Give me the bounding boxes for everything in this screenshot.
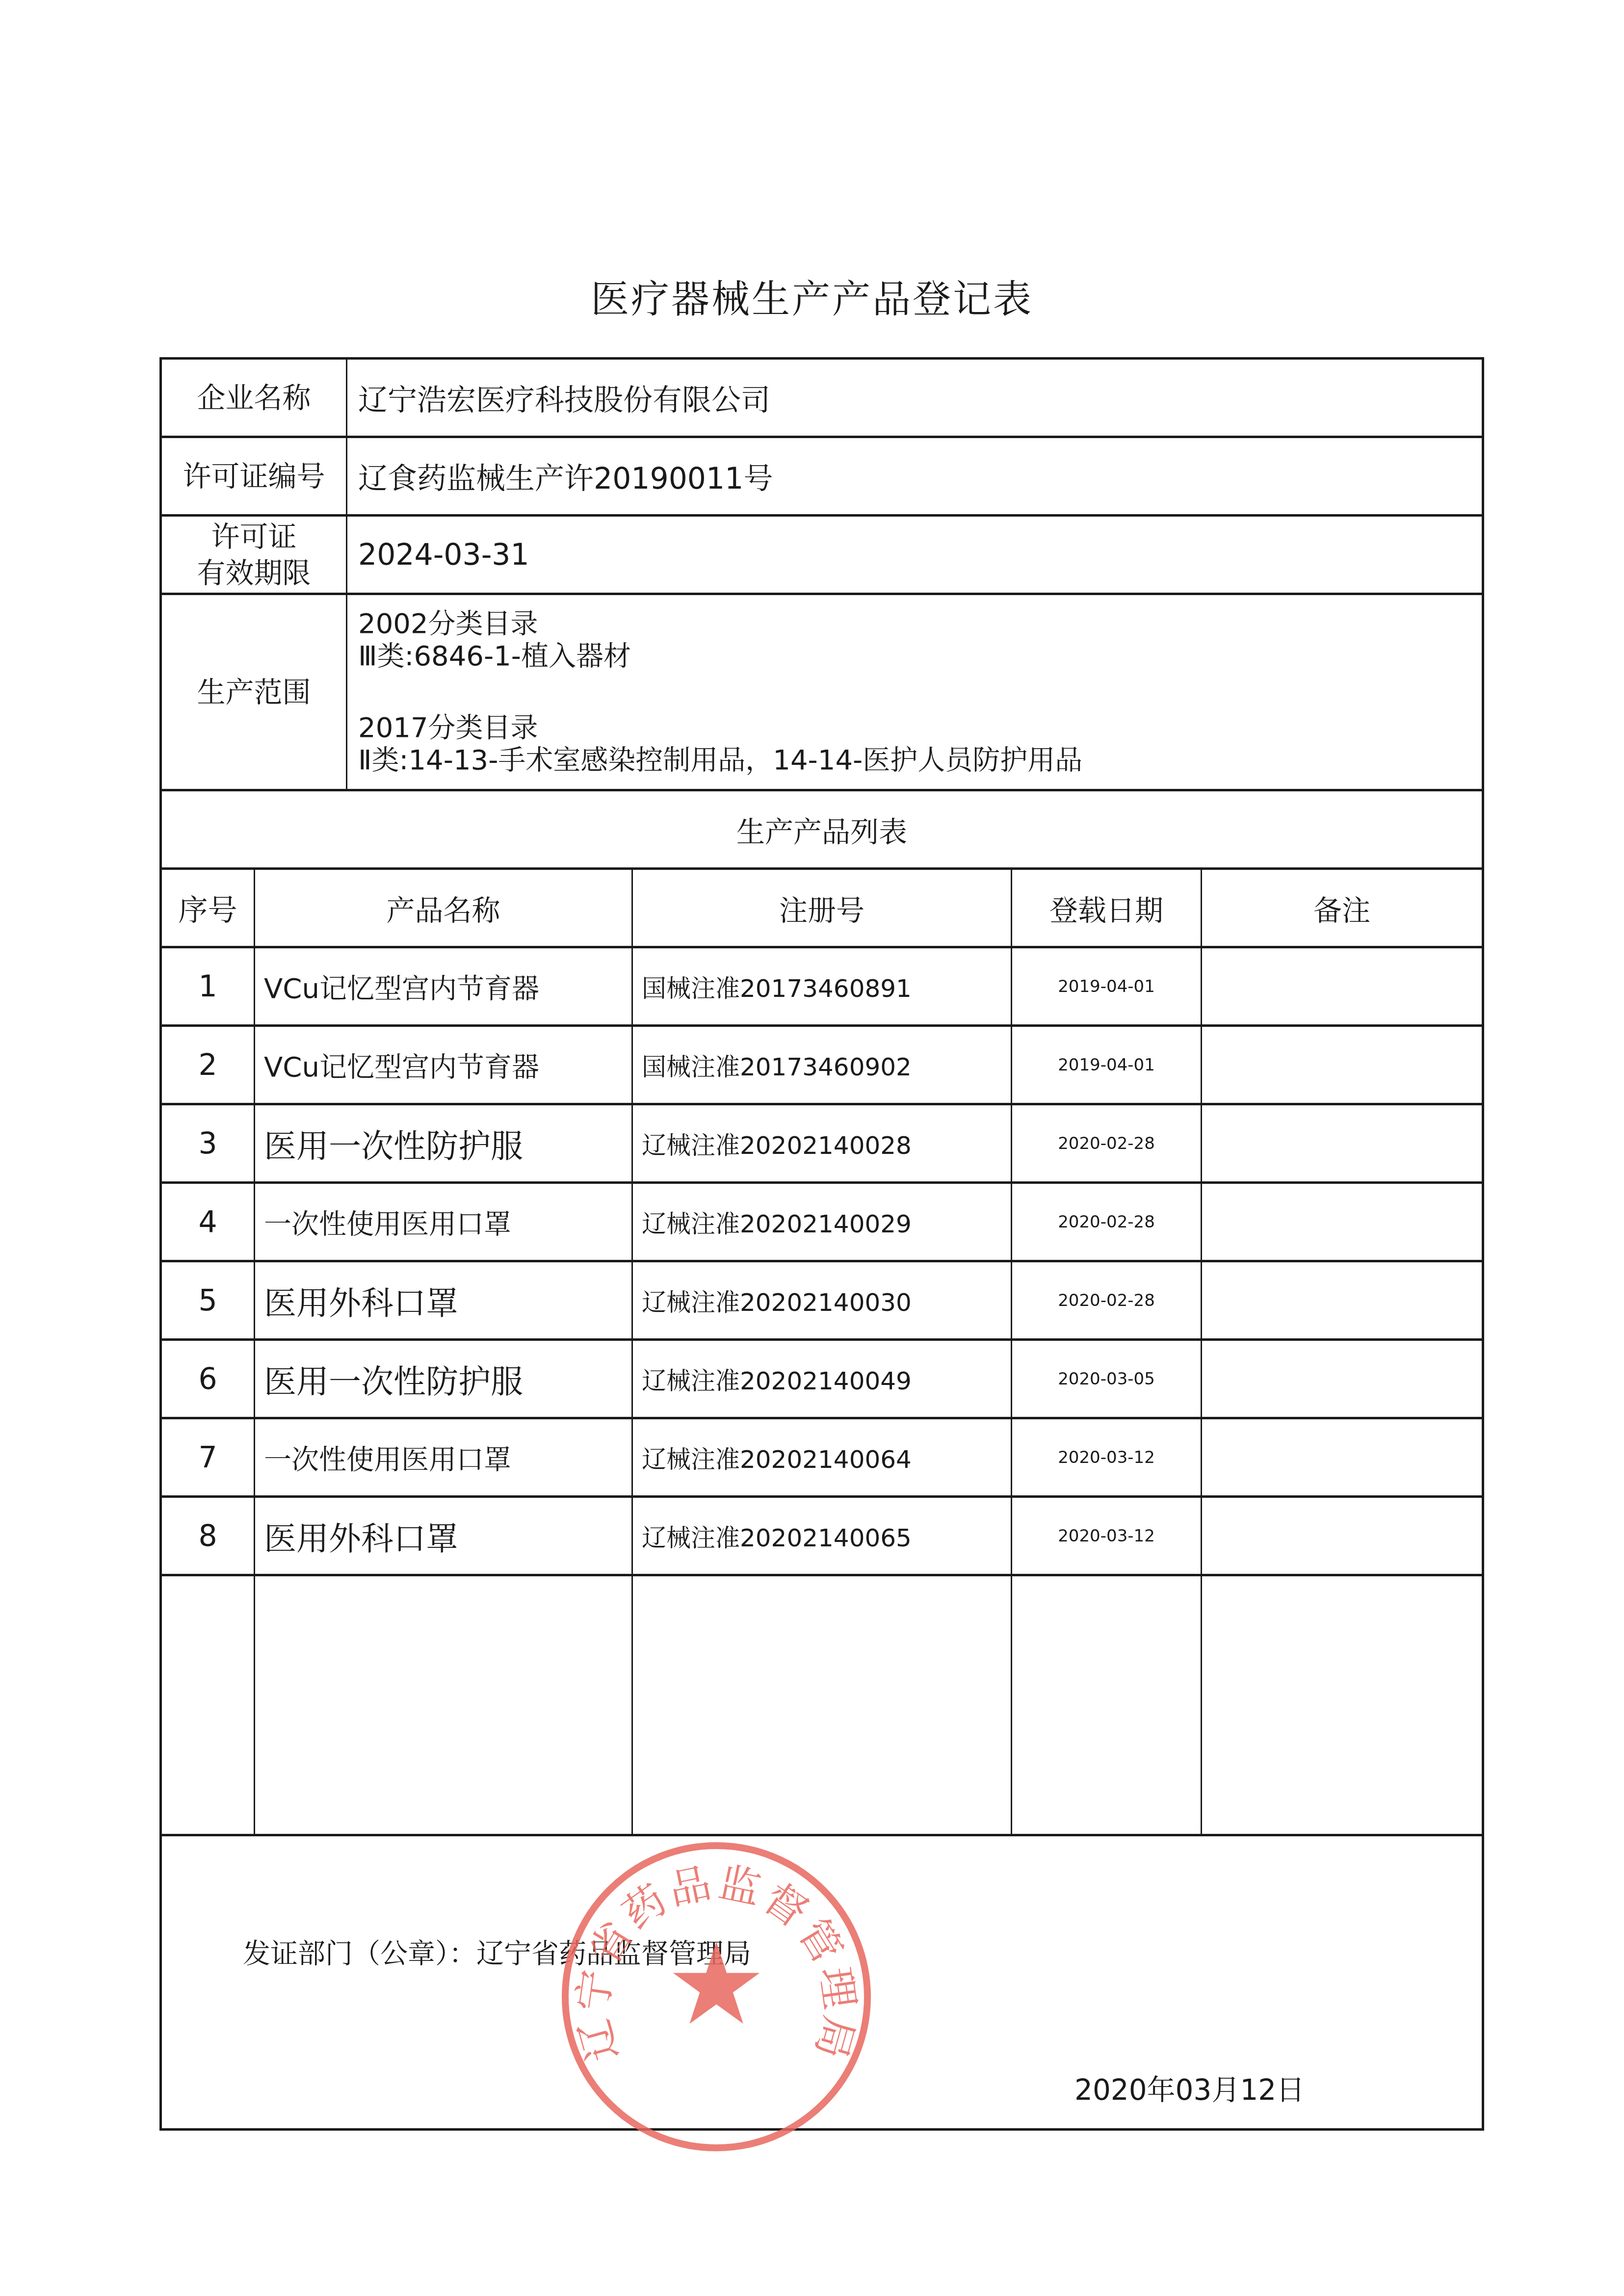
validity-row: 许可证 有效期限 2024-03-31 <box>162 517 1482 595</box>
table-row: 7 一次性使用医用口罩 辽械注准20202140064 2020-03-12 <box>162 1419 1482 1498</box>
row-remark <box>1202 1419 1482 1495</box>
catalog-2002-items: Ⅲ类:6846-1-植入器材 <box>358 640 631 673</box>
product-header-row: 序号 产品名称 注册号 登载日期 备注 <box>162 870 1482 948</box>
row-seq: 1 <box>162 948 255 1024</box>
empty-cell <box>162 1576 255 1834</box>
row-name: VCu记忆型宫内节育器 <box>255 948 633 1024</box>
header-name: 产品名称 <box>255 870 633 946</box>
row-remark <box>1202 1105 1482 1181</box>
row-date: 2019-04-01 <box>1012 1027 1202 1103</box>
table-row: 8 医用外科口罩 辽械注准20202140065 2020-03-12 <box>162 1498 1482 1576</box>
issuer-label: 发证部门（公章）： <box>243 1938 476 1970</box>
row-name: 医用一次性防护服 <box>255 1105 633 1181</box>
row-name: 一次性使用医用口罩 <box>255 1419 633 1495</box>
row-reg-no: 辽械注准20202140049 <box>633 1341 1012 1417</box>
row-reg-no: 辽械注准20202140028 <box>633 1105 1012 1181</box>
star-icon: ★ <box>666 1929 767 2041</box>
catalog-2002-title: 2002分类目录 <box>358 608 538 640</box>
official-seal: 辽宁省药品监督管理局 ★ <box>562 1842 871 2151</box>
table-row: 3 医用一次性防护服 辽械注准20202140028 2020-02-28 <box>162 1105 1482 1184</box>
row-remark <box>1202 1184 1482 1260</box>
row-seq: 8 <box>162 1498 255 1574</box>
row-seq: 2 <box>162 1027 255 1103</box>
table-row: 6 医用一次性防护服 辽械注准20202140049 2020-03-05 <box>162 1341 1482 1419</box>
table-row: 1 VCu记忆型宫内节育器 国械注准20173460891 2019-04-01 <box>162 948 1482 1027</box>
validity-label: 许可证 有效期限 <box>162 517 347 593</box>
validity-label-line1: 许可证 <box>211 519 296 555</box>
table-row: 4 一次性使用医用口罩 辽械注准20202140029 2020-02-28 <box>162 1184 1482 1262</box>
row-reg-no: 国械注准20173460902 <box>633 1027 1012 1103</box>
row-date: 2020-02-28 <box>1012 1105 1202 1181</box>
row-reg-no: 辽械注准20202140030 <box>633 1262 1012 1338</box>
row-date: 2019-04-01 <box>1012 948 1202 1024</box>
scope-row: 生产范围 2002分类目录 Ⅲ类:6846-1-植入器材 2017分类目录 Ⅱ类… <box>162 595 1482 791</box>
company-row: 企业名称 辽宁浩宏医疗科技股份有限公司 <box>162 360 1482 438</box>
empty-cell <box>1202 1576 1482 1834</box>
row-remark <box>1202 1341 1482 1417</box>
row-reg-no: 国械注准20173460891 <box>633 948 1012 1024</box>
license-number-label: 许可证编号 <box>162 438 347 514</box>
row-name: 一次性使用医用口罩 <box>255 1184 633 1260</box>
row-remark <box>1202 1262 1482 1338</box>
product-list-title: 生产产品列表 <box>162 791 1482 867</box>
row-date: 2020-03-12 <box>1012 1498 1202 1574</box>
scope-value: 2002分类目录 Ⅲ类:6846-1-植入器材 2017分类目录 Ⅱ类:14-1… <box>347 595 1482 789</box>
empty-cell <box>1012 1576 1202 1834</box>
license-number-value: 辽食药监械生产许20190011号 <box>347 438 1482 514</box>
row-reg-no: 辽械注准20202140064 <box>633 1419 1012 1495</box>
row-remark <box>1202 948 1482 1024</box>
row-name: 医用外科口罩 <box>255 1262 633 1338</box>
table-row: 2 VCu记忆型宫内节育器 国械注准20173460902 2019-04-01 <box>162 1027 1482 1105</box>
product-list-section-row: 生产产品列表 <box>162 791 1482 870</box>
row-name: 医用一次性防护服 <box>255 1341 633 1417</box>
validity-value: 2024-03-31 <box>347 517 1482 593</box>
row-name: VCu记忆型宫内节育器 <box>255 1027 633 1103</box>
catalog-2017-title: 2017分类目录 <box>358 712 538 744</box>
header-seq: 序号 <box>162 870 255 946</box>
row-date: 2020-02-28 <box>1012 1184 1202 1260</box>
empty-cell <box>255 1576 633 1834</box>
header-date: 登载日期 <box>1012 870 1202 946</box>
catalog-2017-items: Ⅱ类:14-13-手术室感染控制用品，14-14-医护人员防护用品 <box>358 744 1082 777</box>
document-title: 医疗器械生产产品登记表 <box>0 269 1624 324</box>
row-seq: 3 <box>162 1105 255 1181</box>
company-value: 辽宁浩宏医疗科技股份有限公司 <box>347 360 1482 436</box>
validity-label-line2: 有效期限 <box>197 555 311 591</box>
row-seq: 4 <box>162 1184 255 1260</box>
empty-cell <box>633 1576 1012 1834</box>
row-seq: 5 <box>162 1262 255 1338</box>
company-label: 企业名称 <box>162 360 347 436</box>
row-reg-no: 辽械注准20202140029 <box>633 1184 1012 1260</box>
header-remark: 备注 <box>1202 870 1482 946</box>
row-date: 2020-03-12 <box>1012 1419 1202 1495</box>
row-date: 2020-02-28 <box>1012 1262 1202 1338</box>
row-reg-no: 辽械注准20202140065 <box>633 1498 1012 1574</box>
row-seq: 6 <box>162 1341 255 1417</box>
row-remark <box>1202 1498 1482 1574</box>
scope-label: 生产范围 <box>162 595 347 789</box>
empty-table-row <box>162 1576 1482 1836</box>
table-row: 5 医用外科口罩 辽械注准20202140030 2020-02-28 <box>162 1262 1482 1341</box>
license-number-row: 许可证编号 辽食药监械生产许20190011号 <box>162 438 1482 517</box>
row-remark <box>1202 1027 1482 1103</box>
row-seq: 7 <box>162 1419 255 1495</box>
row-date: 2020-03-05 <box>1012 1341 1202 1417</box>
issue-date: 2020年03月12日 <box>1074 2067 1305 2108</box>
row-name: 医用外科口罩 <box>255 1498 633 1574</box>
header-reg-no: 注册号 <box>633 870 1012 946</box>
